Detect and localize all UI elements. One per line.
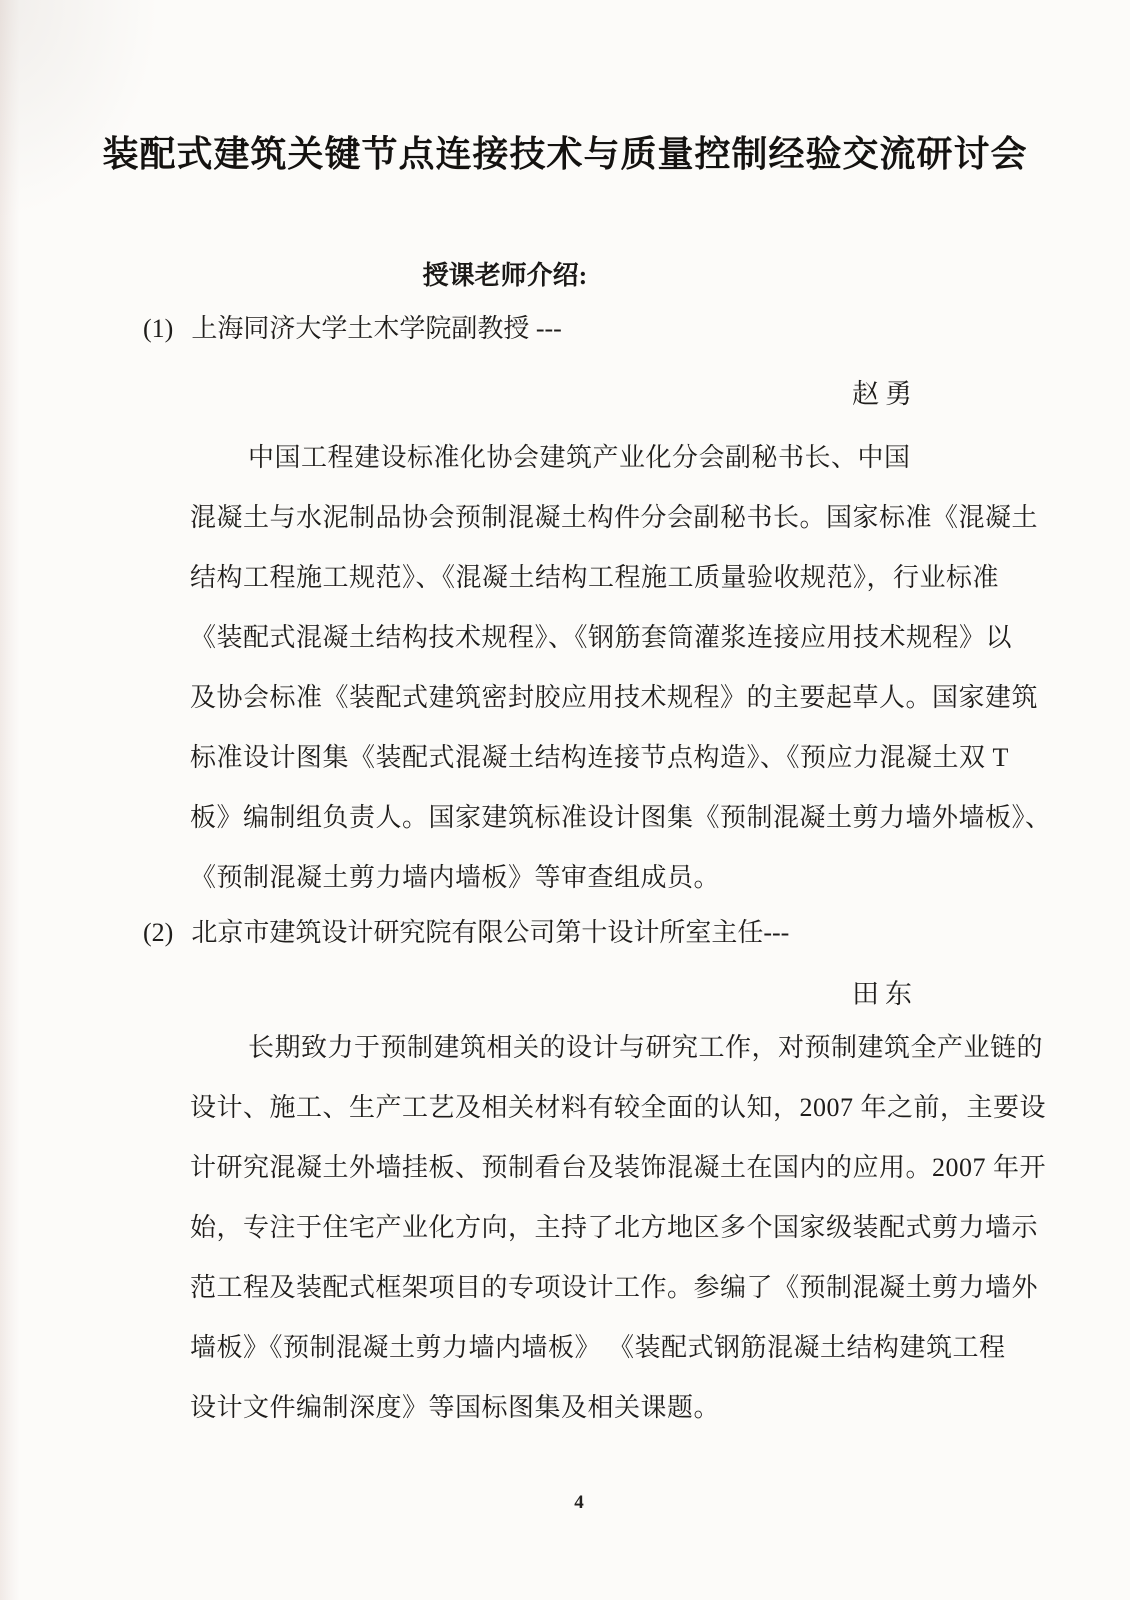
page-number: 4: [14, 1492, 1130, 1514]
lecturer-2-bio: 长期致力于预制建筑相关的设计与研究工作，对预制建筑全产业链的 设计、施工、生产工…: [190, 1018, 1042, 1438]
bio-line: 及协会标准《装配式建筑密封胶应用技术规程》的主要起草人。国家建筑: [190, 668, 1042, 728]
lecturer-1-number: (1): [143, 314, 173, 344]
bio-line: 设计、施工、生产工艺及相关材料有较全面的认知，2007 年之前，主要设: [190, 1078, 1042, 1138]
bio-line: 长期致力于预制建筑相关的设计与研究工作，对预制建筑全产业链的: [190, 1018, 1042, 1078]
lecturer-1-bio: 中国工程建设标准化协会建筑产业化分会副秘书长、中国 混凝土与水泥制品协会预制混凝…: [190, 428, 1042, 908]
bio-line: 设计文件编制深度》等国标图集及相关课题。: [190, 1378, 1042, 1438]
lecturer-1-heading: (1)上海同济大学土木学院副教授 ---: [143, 308, 562, 345]
lecturer-1-position: 上海同济大学土木学院副教授 ---: [191, 314, 561, 343]
lecturer-2-name: 田东: [852, 972, 918, 1011]
bio-line: 范工程及装配式框架项目的专项设计工作。参编了《预制混凝土剪力墙外: [190, 1258, 1042, 1318]
bio-line: 墙板》《预制混凝土剪力墙内墙板》 《装配式钢筋混凝土结构建筑工程: [190, 1318, 1042, 1378]
bio-line: 混凝土与水泥制品协会预制混凝土构件分会副秘书长。国家标准《混凝土: [190, 488, 1042, 548]
bio-line: 结构工程施工规范》、《混凝土结构工程施工质量验收规范》，行业标准: [190, 548, 1042, 608]
scan-artifact-left-edge: [0, 0, 20, 1600]
document-page: 装配式建筑关键节点连接技术与质量控制经验交流研讨会 授课老师介绍: (1)上海同…: [0, 0, 1130, 1600]
bio-line: 始，专注于住宅产业化方向，主持了北方地区多个国家级装配式剪力墙示: [190, 1198, 1042, 1258]
bio-line: 《预制混凝土剪力墙内墙板》等审查组成员。: [190, 848, 1042, 908]
bio-line: 标准设计图集《装配式混凝土结构连接节点构造》、《预应力混凝土双 T: [190, 728, 1042, 788]
lecturer-1-name: 赵勇: [852, 372, 918, 411]
lecturer-2-heading: (2)北京市建筑设计研究院有限公司第十设计所室主任---: [143, 912, 789, 949]
section-heading: 授课老师介绍:: [0, 255, 1070, 292]
scan-artifact-corner: [0, 0, 160, 220]
lecturer-2-position: 北京市建筑设计研究院有限公司第十设计所室主任---: [191, 918, 789, 947]
bio-line: 中国工程建设标准化协会建筑产业化分会副秘书长、中国: [190, 428, 1042, 488]
bio-line: 计研究混凝土外墙挂板、预制看台及装饰混凝土在国内的应用。2007 年开: [190, 1138, 1042, 1198]
page-title: 装配式建筑关键节点连接技术与质量控制经验交流研讨会: [0, 126, 1130, 177]
bio-line: 《装配式混凝土结构技术规程》、《钢筋套筒灌浆连接应用技术规程》以: [190, 608, 1042, 668]
bio-line: 板》编制组负责人。国家建筑标准设计图集《预制混凝土剪力墙外墙板》、: [190, 788, 1042, 848]
lecturer-2-number: (2): [143, 918, 173, 948]
